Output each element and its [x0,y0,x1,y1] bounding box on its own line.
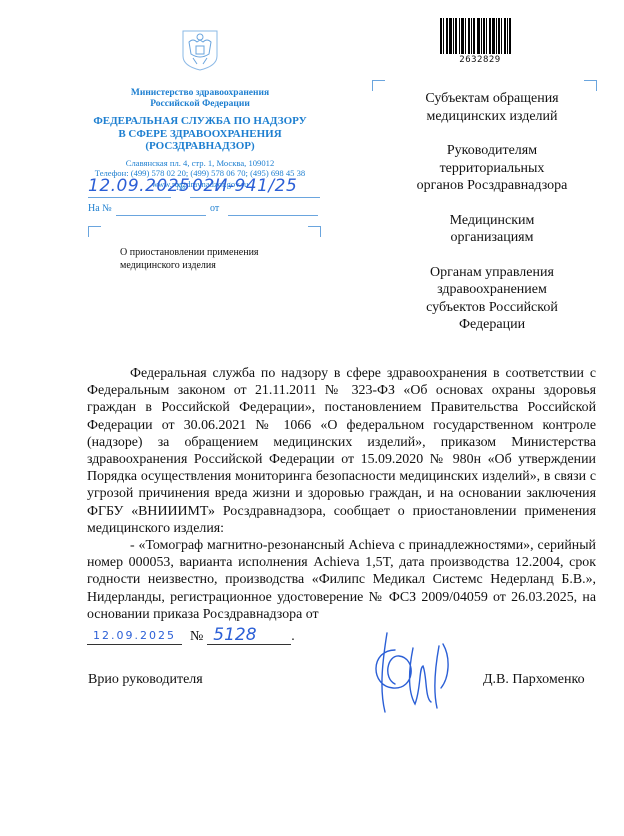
subject-corner-right [308,226,321,237]
service-name: ФЕДЕРАЛЬНАЯ СЛУЖБА ПО НАДЗОРУ В СФЕРЕ ЗД… [80,115,320,153]
recipient-group: Медицинским организациям [376,212,608,247]
handwritten-signature-icon [365,628,475,716]
registration-date: 12.09.2025 [88,176,190,196]
barcode: 2632829 [440,18,520,65]
order-number-label: № [190,628,203,645]
order-number: 5128 [207,627,291,645]
recipients: Субъектам обращения медицинских изделий … [376,90,608,351]
letterhead: Министерство здравоохранения Российской … [80,20,320,189]
registration-number: 02И-941/25 [192,176,297,196]
registration-line: 12.09.2025 № 02И-941/25 [88,176,320,198]
in-reply-field [116,215,206,216]
recipient-group: Органам управления здравоохранением субъ… [376,264,608,334]
body-paragraph-device: - «Томограф магнитно-резонансный Achieva… [87,537,596,623]
recipient-group: Руководителям территориальных органов Ро… [376,142,608,195]
ministry-name: Министерство здравоохранения Российской … [80,88,320,110]
order-end: . [291,628,294,645]
from-label: от [210,203,219,214]
signer-name: Д.В. Пархоменко [483,672,585,688]
signer-title: Врио руководителя [88,672,203,688]
subject: О приостановлении применения медицинског… [120,246,259,272]
recipient-group: Субъектам обращения медицинских изделий [376,90,608,125]
body-paragraph-main: Федеральная служба по надзору в сфере зд… [87,365,596,537]
order-reference: 12.09.2025 № 5128 . [87,623,596,645]
date-underline [88,197,171,198]
in-reply-row: На № от [88,203,320,219]
subject-corner-left [88,226,101,237]
coat-of-arms-icon [179,28,221,72]
number-label: № [176,182,186,193]
order-date: 12.09.2025 [87,627,182,645]
barcode-number: 2632829 [440,55,520,65]
address: Славянская пл. 4, стр. 1, Москва, 109012 [80,158,320,169]
in-reply-label: На № [88,203,112,214]
from-field [228,215,318,216]
letter-body: Федеральная служба по надзору в сфере зд… [87,365,596,645]
number-underline [190,197,320,198]
barcode-icon [440,18,520,54]
